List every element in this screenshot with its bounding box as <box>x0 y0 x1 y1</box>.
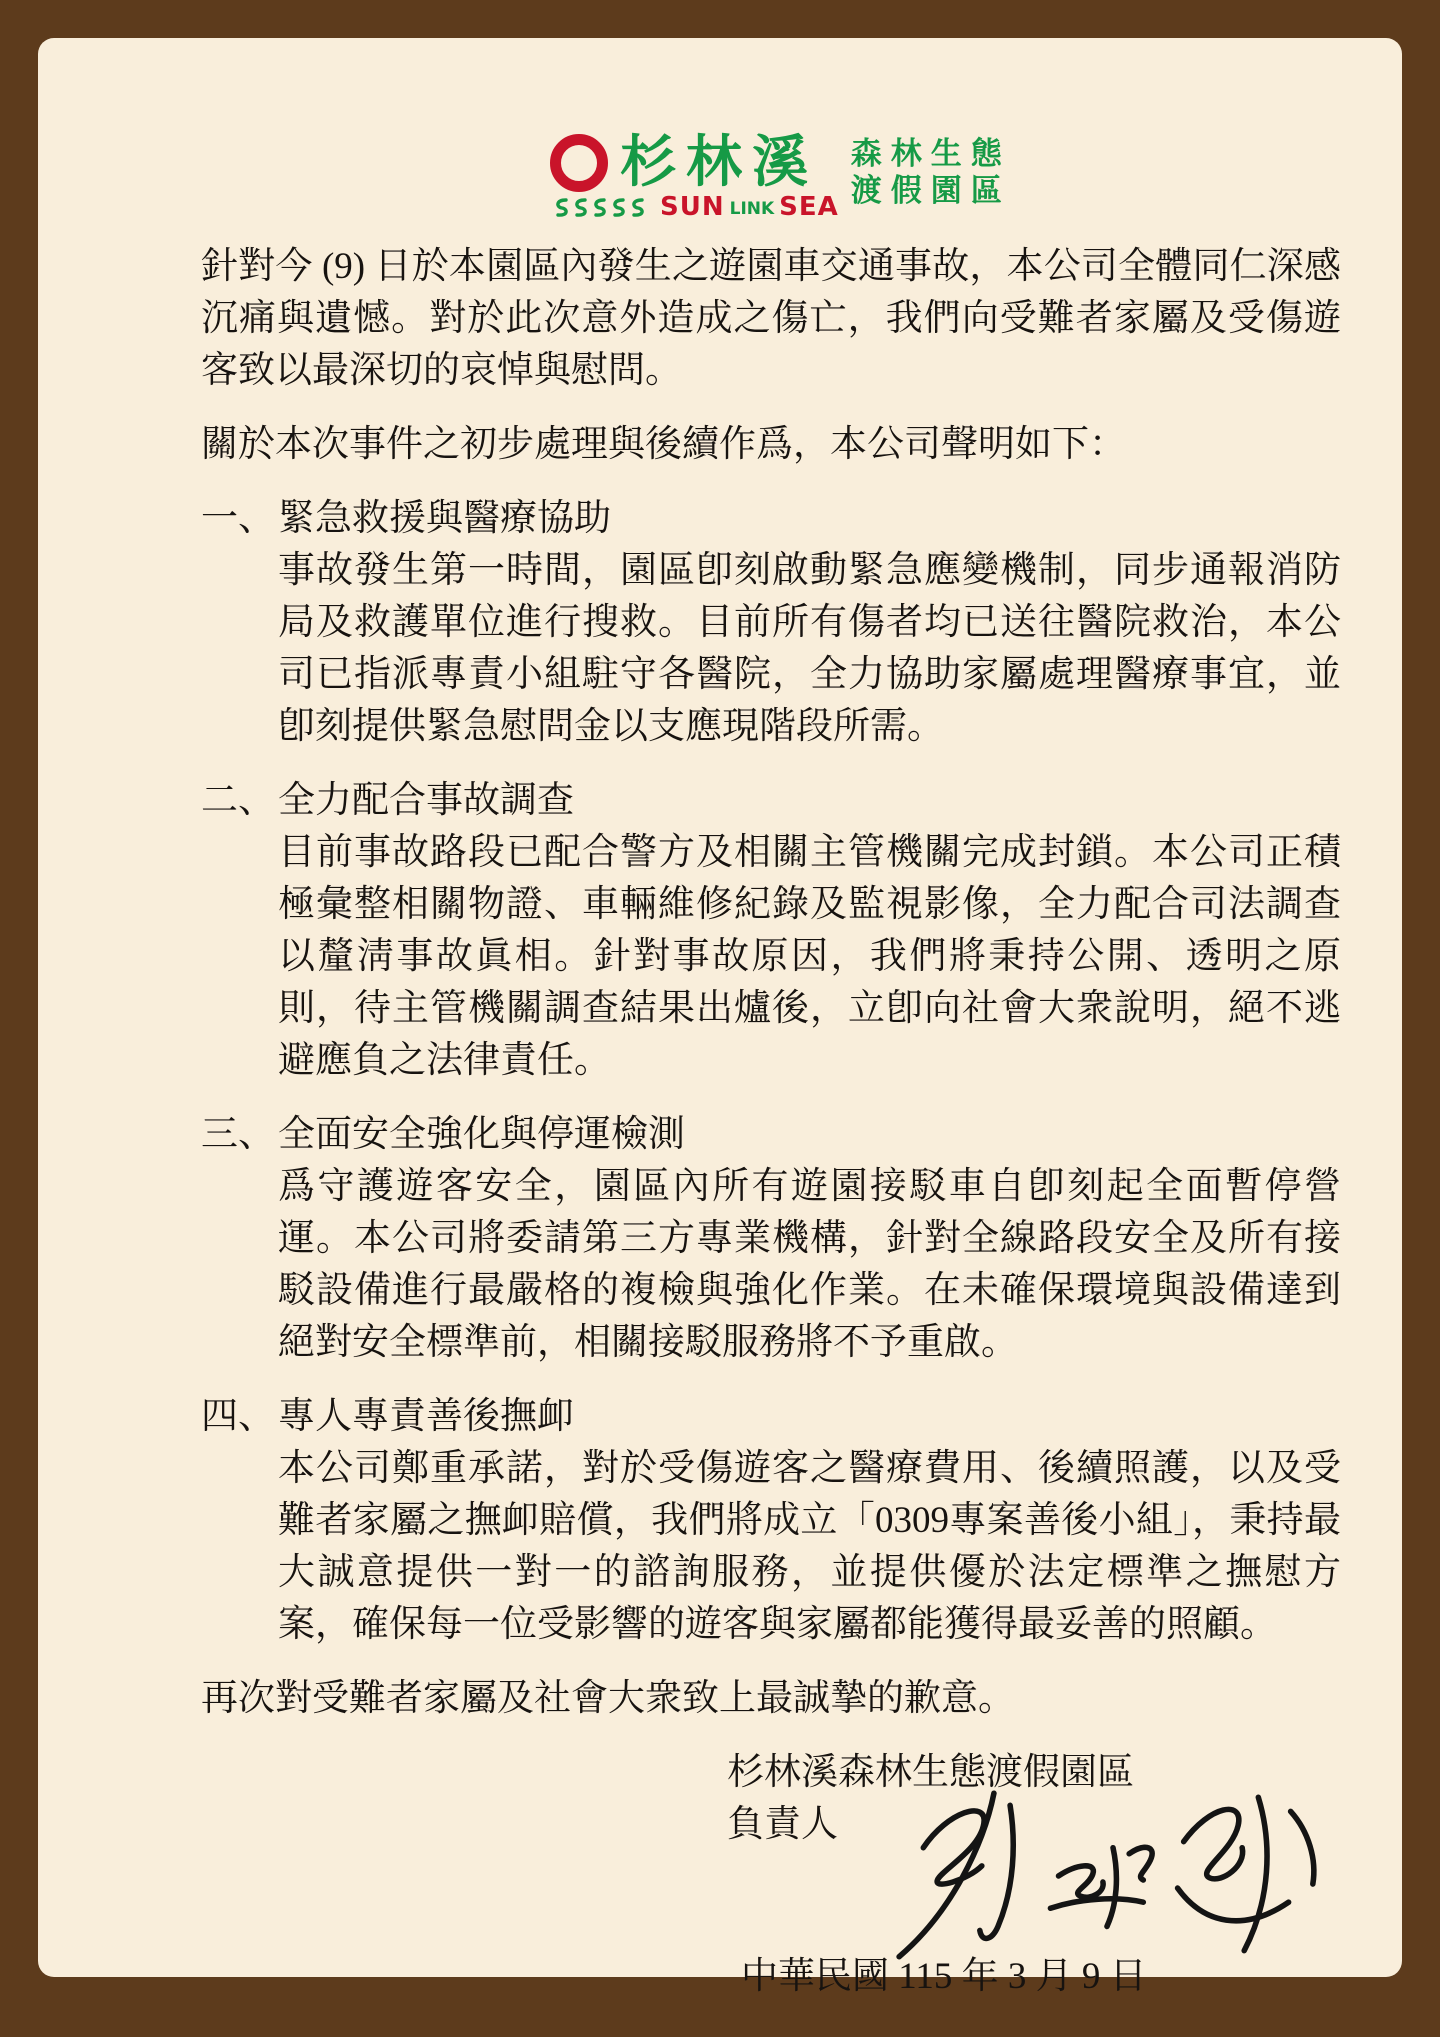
section-heading: 三、 全面安全強化與停運檢測 <box>201 1109 1341 1161</box>
preamble-paragraph: 關於本次事件之初步處理與後續作爲，本公司聲明如下： <box>201 419 1341 471</box>
signoff-date: 中華民國 115 年 3 月 9 日 <box>741 1951 1341 2003</box>
statement-section-3: 三、 全面安全強化與停運檢測 爲守護遊客安全，園區內所有遊園接駁車自卽刻起全面暫… <box>201 1109 1341 1369</box>
signoff-role-row: 負責人 <box>201 1799 1341 1851</box>
intro-paragraph: 針對今 (9) 日於本園區內發生之遊園車交通事故，本公司全體同仁深感沉痛與遺憾。… <box>201 241 1341 397</box>
section-heading: 四、 專人專責善後撫卹 <box>201 1391 1341 1443</box>
section-heading: 一、 緊急救援與醫療協助 <box>201 493 1341 545</box>
section-number: 三、 <box>201 1109 275 1161</box>
logo-english-row: SUN LINK SEA <box>550 194 839 220</box>
signoff-role: 負責人 <box>727 1799 1341 1851</box>
water-wave-icon <box>552 195 652 219</box>
logo-left-column: 杉林溪 SUN LINK SEA <box>550 134 839 220</box>
section-heading: 二、 全力配合事故調查 <box>201 775 1341 827</box>
section-title: 緊急救援與醫療協助 <box>278 493 611 545</box>
section-body: 事故發生第一時間，園區卽刻啟動緊急應變機制，同步通報消防局及救護單位進行搜救。目… <box>201 545 1341 753</box>
statement-section-1: 一、 緊急救援與醫療協助 事故發生第一時間，園區卽刻啟動緊急應變機制，同步通報消… <box>201 493 1341 753</box>
section-number: 一、 <box>201 493 275 545</box>
closing-paragraph: 再次對受難者家屬及社會大衆致上最誠摯的歉意。 <box>201 1673 1341 1725</box>
section-title: 全面安全強化與停運檢測 <box>278 1109 685 1161</box>
section-body: 爲守護遊客安全，園區內所有遊園接駁車自卽刻起全面暫停營運。本公司將委請第三方專業… <box>201 1161 1341 1369</box>
statement-content: 針對今 (9) 日於本園區內發生之遊園車交通事故，本公司全體同仁深感沉痛與遺憾。… <box>201 241 1341 2003</box>
logo-subtitle-line1: 森林生態 <box>851 136 1011 173</box>
statement-section-4: 四、 專人專責善後撫卹 本公司鄭重承諾，對於受傷遊客之醫療費用、後續照護，以及受… <box>201 1391 1341 1651</box>
signoff-organization: 杉林溪森林生態渡假園區 <box>727 1747 1341 1799</box>
section-title: 全力配合事故調查 <box>278 775 574 827</box>
section-body: 目前事故路段已配合警方及相關主管機關完成封鎖。本公司正積極彙整相關物證、車輛維修… <box>201 827 1341 1087</box>
logo-subtitle-column: 森林生態 渡假園區 <box>851 136 1011 210</box>
logo-text-sea: SEA <box>779 194 839 220</box>
statement-section-2: 二、 全力配合事故調查 目前事故路段已配合警方及相關主管機關完成封鎖。本公司正積… <box>201 775 1341 1087</box>
section-number: 二、 <box>201 775 275 827</box>
logo-name: 杉林溪 <box>620 134 818 192</box>
logo-text-link: LINK <box>730 201 775 218</box>
section-title: 專人專責善後撫卹 <box>278 1391 574 1443</box>
logo-main-row: 杉林溪 <box>550 134 839 192</box>
logo-text-sun: SUN <box>660 194 725 220</box>
red-ring-icon <box>550 134 608 192</box>
logo-subtitle-line2: 渡假園區 <box>851 173 1011 210</box>
resort-logo: 杉林溪 SUN LINK SEA 森林生態 渡假園區 <box>550 134 1011 220</box>
section-body: 本公司鄭重承諾，對於受傷遊客之醫療費用、後續照護，以及受難者家屬之撫卹賠償，我們… <box>201 1443 1341 1651</box>
statement-paper: 杉林溪 SUN LINK SEA 森林生態 渡假園區 <box>38 38 1402 1977</box>
section-number: 四、 <box>201 1391 275 1443</box>
